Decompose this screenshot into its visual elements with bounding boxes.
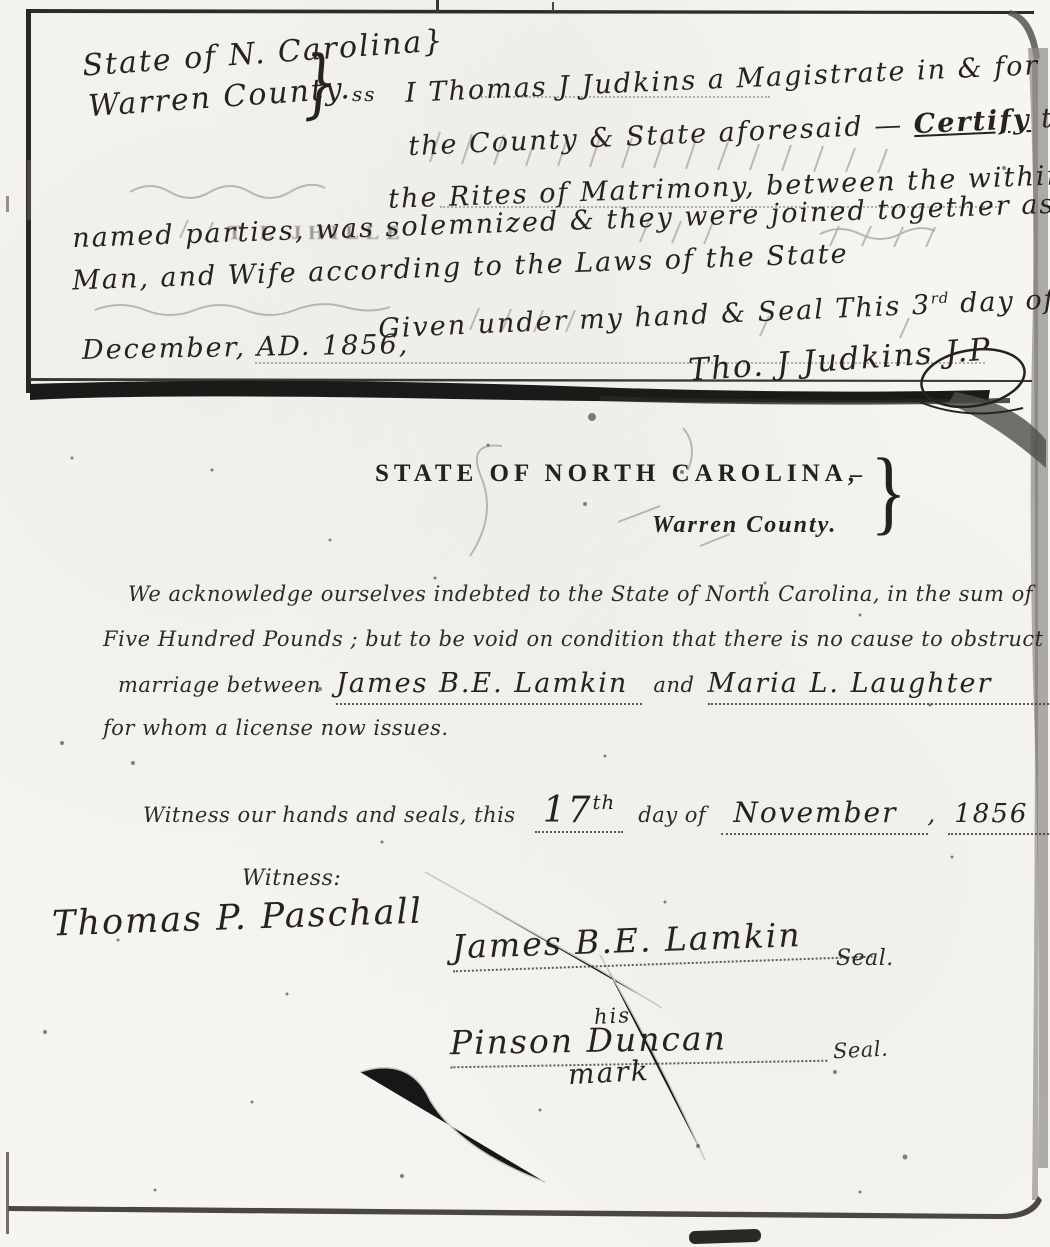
paper-edge-bottom [8, 1196, 1042, 1219]
year-separator: , [928, 800, 938, 828]
bond-heading: STATE OF NORTH CAROLINA, [375, 460, 859, 488]
paper-edge-left [26, 9, 31, 393]
bond-brace: } [871, 438, 907, 546]
cert-ss-abbrev: ss [352, 82, 377, 106]
witness-hands-label: Witness our hands and seals, this [143, 803, 516, 827]
seal-label-2: Seal. [832, 1037, 888, 1064]
bride-name: Maria L. Laughter [708, 668, 1050, 705]
day-number: 17 [543, 790, 593, 831]
seal-label-1: Seal. [836, 946, 894, 971]
bond-witness-line: Witness our hands and seals, this 17th d… [143, 790, 1050, 831]
cert-line6-post: day of — [949, 282, 1050, 319]
bond-body-line3: marriage between James B.E. Lamkin and M… [118, 668, 1050, 699]
ink-smudge-bottom [689, 1229, 761, 1245]
cert-line6-pre: Given under my hand & Seal This 3 [378, 290, 932, 345]
bond-body-line4: for whom a license now issues. [103, 716, 449, 740]
cert-brace: } [300, 38, 341, 127]
cert-line2: the County & State aforesaid — Certify t… [408, 101, 1050, 162]
witness-signature: Thomas P. Paschall [51, 892, 423, 945]
cert-line1: I Thomas J Judkins a Magistrate in & for [405, 50, 1040, 109]
witness-label: Witness: [242, 866, 341, 891]
cert-line2-post: that [1030, 101, 1050, 135]
bond-body-line1: We acknowledge ourselves indebted to the… [128, 582, 1033, 606]
day-value: 17th [535, 790, 624, 833]
bond-county: Warren County. [652, 512, 837, 539]
marriage-between-label: marriage between [118, 673, 321, 697]
cert-date-line: December, AD. 1856, [82, 329, 410, 366]
groom-name: James B.E. Lamkin [336, 668, 642, 705]
cert-state-line: State of N. Carolina} [81, 23, 445, 83]
and-label: and [653, 673, 694, 697]
paper-edge-top [28, 9, 1034, 14]
cert-line6-ordinal: rd [930, 289, 949, 308]
day-ordinal: th [593, 791, 616, 814]
cert-line2-pre: the County & State aforesaid — [408, 109, 915, 162]
scanned-document: State of N. Carolina} Warren County. } s… [0, 0, 1050, 1247]
magistrate-signature: Tho. J Judkins J.P [687, 331, 993, 388]
bond-heading-dash: – [850, 462, 862, 489]
cert-certify-word: Certify [913, 104, 1031, 140]
month-value: November [721, 796, 927, 835]
day-of-label: day of [638, 803, 706, 827]
principal-signature: James B.E. Lamkin [451, 913, 872, 973]
bond-body-line2: Five Hundred Pounds ; but to be void on … [103, 627, 1050, 651]
year-value: 1856 [948, 799, 1050, 835]
mark-word: mark [567, 1054, 650, 1091]
